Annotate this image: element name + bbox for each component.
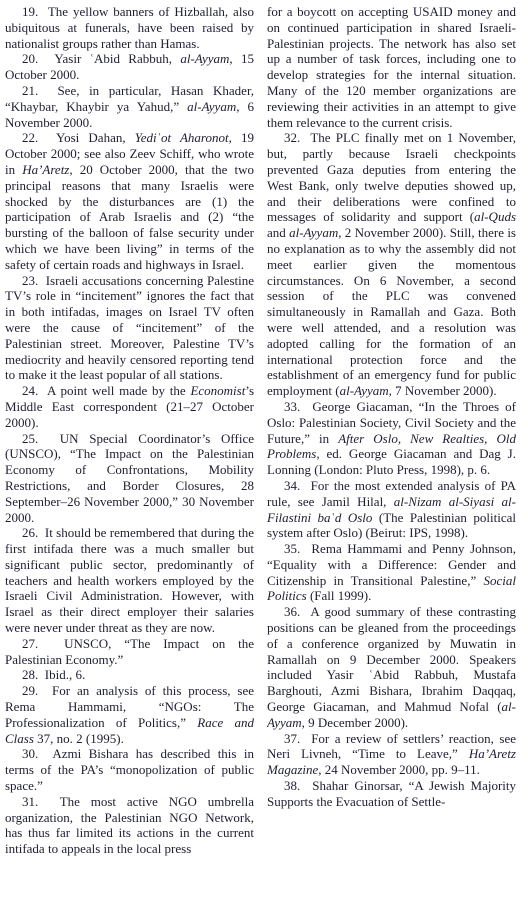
footnote-text: 27. UNSCO, “The Impact on the Palestinia… xyxy=(5,636,254,667)
footnote-26: 26. It should be remembered that during … xyxy=(5,525,254,636)
italic-citation: al-Ayyam xyxy=(187,99,236,114)
footnote-text: , 20 October 2000, that the two principa… xyxy=(5,162,254,272)
footnote-text: 37, no. 2 (1995). xyxy=(34,731,124,746)
footnote-text: , 24 November 2000, pp. 9–11. xyxy=(318,762,480,777)
italic-citation: al-Quds xyxy=(474,209,516,224)
footnote-text: 23. Israeli accusations concerning Pales… xyxy=(5,273,254,383)
footnote-text: 24. A point well made by the xyxy=(22,383,190,398)
footnote-20: 20. Yasir ʿAbid Rabbuh, al-Ayyam, 15 Oct… xyxy=(5,51,254,83)
footnote-29: 29. For an analysis of this process, see… xyxy=(5,683,254,746)
endnotes-page: 19. The yellow banners of Hizballah, als… xyxy=(0,0,528,908)
footnote-25: 25. UN Special Coordinator’s Office (UNS… xyxy=(5,431,254,526)
footnote-text: 26. It should be remembered that during … xyxy=(5,525,254,635)
footnote-text: 30. Azmi Bishara has described this in t… xyxy=(5,746,254,793)
italic-citation: Economist xyxy=(190,383,245,398)
footnote-35: 35. Rema Hammami and Penny Johnson, “Equ… xyxy=(267,541,516,604)
footnote-text: 28. Ibid., 6. xyxy=(22,667,85,682)
footnote-text: 19. The yellow banners of Hizballah, als… xyxy=(5,4,254,51)
italic-citation: al-Ayyam xyxy=(180,51,229,66)
footnote-text: , 9 December 2000). xyxy=(302,715,409,730)
italic-citation: Ha’Aretz xyxy=(22,162,69,177)
footnote-23: 23. Israeli accusations concerning Pales… xyxy=(5,273,254,384)
footnote-text: 31. The most active NGO umbrella organiz… xyxy=(5,794,254,856)
footnote-22: 22. Yosi Dahan, Yediʿot Aharonot, 19 Oct… xyxy=(5,130,254,272)
footnote-31: 31. The most active NGO umbrella organiz… xyxy=(5,794,254,857)
footnote-text: 22. Yosi Dahan, xyxy=(22,130,135,145)
footnote-text: , 7 November 2000). xyxy=(389,383,497,398)
footnote-19: 19. The yellow banners of Hizballah, als… xyxy=(5,4,254,51)
footnote-27: 27. UNSCO, “The Impact on the Palestinia… xyxy=(5,636,254,668)
footnote-text: and xyxy=(267,225,289,240)
footnote-37: 37. For a review of settlers’ reaction, … xyxy=(267,731,516,778)
italic-citation: Yediʿot Aharonot xyxy=(135,130,229,145)
footnote-31-continuation: for a boycott on accepting USAID money a… xyxy=(267,4,516,130)
footnote-38: 38. Shahar Ginorsar, “A Jewish Majority … xyxy=(267,778,516,810)
italic-citation: al-Ayyam xyxy=(340,383,389,398)
footnote-21: 21. See, in particular, Hasan Khader, “K… xyxy=(5,83,254,130)
footnote-30: 30. Azmi Bishara has described this in t… xyxy=(5,746,254,793)
footnote-24: 24. A point well made by the Economist’s… xyxy=(5,383,254,430)
footnote-36: 36. A good summary of these contrasting … xyxy=(267,604,516,730)
footnote-text: 25. UN Special Coordinator’s Office (UNS… xyxy=(5,431,254,525)
footnote-33: 33. George Giacaman, “In the Throes of O… xyxy=(267,399,516,478)
footnote-text: 35. Rema Hammami and Penny Johnson, “Equ… xyxy=(267,541,516,588)
footnote-text: (Fall 1999). xyxy=(307,588,372,603)
footnote-text: 36. A good summary of these contrasting … xyxy=(267,604,516,714)
footnotes-column-right: for a boycott on accepting USAID money a… xyxy=(267,4,516,908)
footnote-text: for a boycott on accepting USAID money a… xyxy=(267,4,516,130)
footnote-34: 34. For the most extended analysis of PA… xyxy=(267,478,516,541)
footnote-text: 20. Yasir ʿAbid Rabbuh, xyxy=(22,51,180,66)
footnote-text: , 2 November 2000). Still, there is no e… xyxy=(267,225,516,398)
footnote-text: 38. Shahar Ginorsar, “A Jewish Majority … xyxy=(267,778,516,809)
footnote-32: 32. The PLC finally met on 1 November, b… xyxy=(267,130,516,399)
footnote-28: 28. Ibid., 6. xyxy=(5,667,254,683)
footnotes-column-left: 19. The yellow banners of Hizballah, als… xyxy=(5,4,254,908)
italic-citation: al-Ayyam xyxy=(289,225,338,240)
